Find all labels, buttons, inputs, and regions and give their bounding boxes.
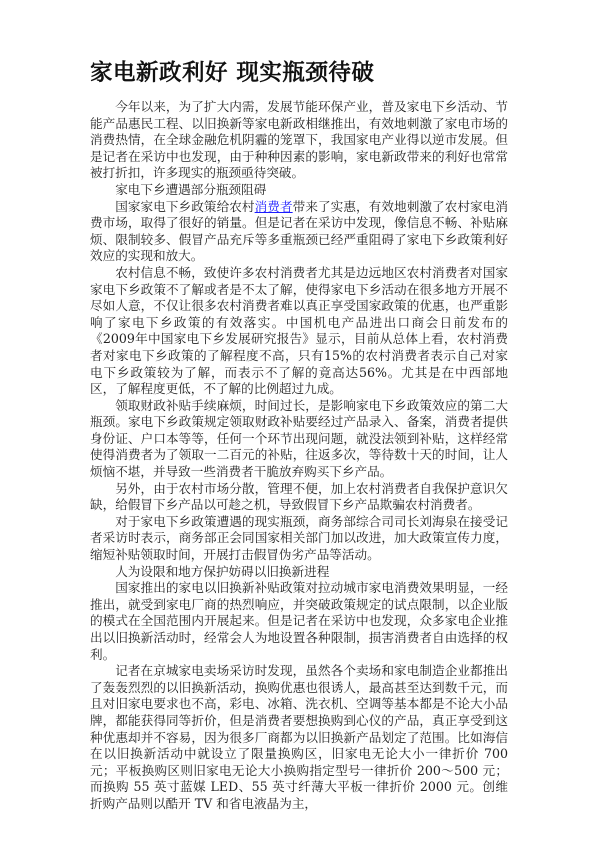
- document-page: 家电新政利好 现实瓶颈待破 今年以来，为了扩大内需，发展节能环保产业，普及家电下…: [0, 0, 595, 842]
- paragraph-intro: 今年以来，为了扩大内需，发展节能环保产业，普及家电下乡活动、节能产品惠民工程、以…: [90, 99, 508, 182]
- consumer-link[interactable]: 消费者: [255, 199, 293, 214]
- subheading-rural-subsidy: 家电下乡遭遇部分瓶颈阻碍: [90, 182, 508, 199]
- paragraph-rural-policy: 国家家电下乡政策给农村消费者带来了实惠，有效地刺激了农村家电消费市场，取得了很好…: [90, 199, 508, 265]
- paragraph-subsidy-procedure: 领取财政补贴手续麻烦，时间过长，是影响家电下乡政策效应的第二大瓶颈。家电下乡政策…: [90, 398, 508, 481]
- paragraph-trade-in-policy: 国家推出的家电以旧换新补贴政策对拉动城市家电消费效果明显，一经推出，就受到家电厂…: [90, 580, 508, 663]
- article-title: 家电新政利好 现实瓶颈待破: [90, 55, 374, 87]
- paragraph-counterfeit: 另外，由于农村市场分散，管理不便，加上农村消费者自我保护意识欠缺，给假冒下乡产品…: [90, 481, 508, 514]
- article-body: 今年以来，为了扩大内需，发展节能环保产业，普及家电下乡活动、节能产品惠民工程、以…: [90, 99, 508, 813]
- paragraph-ministry-response: 对于家电下乡政策遭遇的现实瓶颈，商务部综合司司长刘海泉在接受记者采访时表示，商务…: [90, 514, 508, 564]
- paragraph-text: 国家家电下乡政策给农村: [115, 199, 254, 214]
- paragraph-store-visit: 记者在京城家电卖场采访时发现，虽然各个卖场和家电制造企业都推出了轰轰烈烈的以旧换…: [90, 663, 508, 812]
- subheading-trade-in: 人为设限和地方保护妨碍以旧换新进程: [90, 564, 508, 581]
- paragraph-information: 农村信息不畅，致使许多农村消费者尤其是边远地区农村消费者对国家家电下乡政策不了解…: [90, 265, 508, 398]
